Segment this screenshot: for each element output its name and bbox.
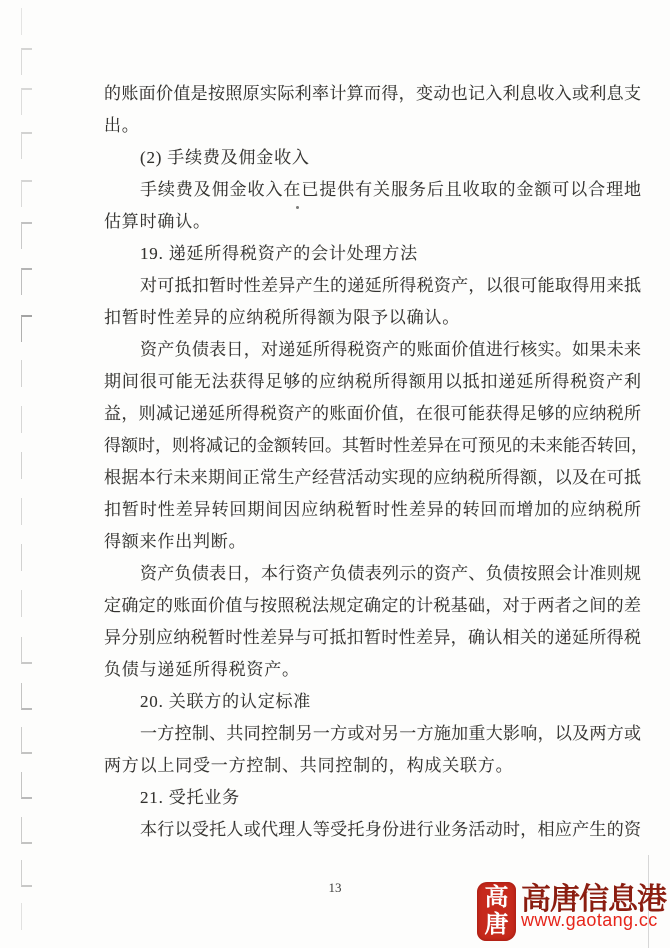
watermark: 高 唐 高唐信息港 www.gaotang.cc — [477, 882, 666, 941]
binding-mark — [21, 268, 32, 295]
text-line: 两方以上同受一方控制、共同控制的，构成关联方。 — [104, 750, 641, 782]
binding-mark — [21, 8, 32, 35]
text-line: 期间很可能无法获得足够的应纳税所得额用以抵扣递延所得税资产利 — [104, 366, 641, 398]
binding-mark — [21, 48, 32, 75]
text-line: 对可抵扣暂时性差异产生的递延所得税资产，以很可能取得用来抵 — [104, 270, 641, 302]
seal-char-top: 高 — [485, 885, 509, 912]
text-line: 得额时，则将减记的金额转回。其暂时性差异在可预见的未来能否转回， — [104, 430, 641, 462]
binding-mark — [21, 360, 32, 387]
scan-speck — [296, 206, 299, 209]
text-line: 手续费及佣金收入在已提供有关服务后且收取的金额可以合理地 — [104, 174, 641, 206]
text-line: (2) 手续费及佣金收入 — [104, 142, 641, 174]
text-line: 资产负债表日，对递延所得税资产的账面价值进行核实。如果未来 — [104, 334, 641, 366]
text-line: 21. 受托业务 — [104, 782, 641, 814]
text-line: 根据本行未来期间正常生产经营活动实现的应纳税所得额，以及在可抵 — [104, 462, 641, 494]
text-line: 20. 关联方的认定标准 — [104, 686, 641, 718]
text-line: 的账面价值是按照原实际利率计算而得，变动也记入利息收入或利息支 — [104, 78, 641, 110]
text-line: 益，则减记递延所得税资产的账面价值，在很可能获得足够的应纳税所 — [104, 398, 641, 430]
binding-mark — [21, 222, 32, 249]
text-line: 负债与递延所得税资产。 — [104, 654, 641, 686]
text-block: 的账面价值是按照原实际利率计算而得，变动也记入利息收入或利息支出。(2) 手续费… — [104, 78, 641, 846]
binding-mark — [21, 772, 32, 799]
text-line: 资产负债表日，本行资产负债表列示的资产、负债按照会计准则规 — [104, 558, 641, 590]
text-line: 异分别应纳税暂时性差异与可抵扣暂时性差异，确认相关的递延所得税 — [104, 622, 641, 654]
text-line: 一方控制、共同控制另一方或对另一方施加重大影响，以及两方或 — [104, 718, 641, 750]
binding-mark — [21, 903, 32, 930]
binding-mark — [21, 683, 32, 710]
binding-mark — [21, 406, 32, 433]
gaotang-seal-icon: 高 唐 — [477, 882, 516, 941]
watermark-text: 高唐信息港 www.gaotang.cc — [521, 882, 666, 929]
text-line: 扣暂时性差异转回期间因应纳税暂时性差异的转回而增加的应纳税所 — [104, 494, 641, 526]
scanned-document-page: 的账面价值是按照原实际利率计算而得，变动也记入利息收入或利息支出。(2) 手续费… — [0, 0, 670, 948]
binding-mark — [21, 590, 32, 617]
text-line: 出。 — [104, 110, 641, 142]
binding-mark — [21, 817, 32, 844]
text-line: 定确定的账面价值与按照税法规定确定的计税基础，对于两者之间的差 — [104, 590, 641, 622]
binding-mark — [21, 544, 32, 571]
watermark-site-url: www.gaotang.cc — [521, 911, 666, 929]
seal-char-bottom: 唐 — [485, 912, 509, 939]
binding-mark — [21, 88, 32, 115]
binding-mark — [21, 860, 32, 887]
binding-mark — [21, 315, 32, 342]
text-line: 本行以受托人或代理人等受托身份进行业务活动时，相应产生的资 — [104, 814, 641, 846]
text-line: 得额来作出判断。 — [104, 526, 641, 558]
binding-mark — [21, 452, 32, 479]
text-line: 19. 递延所得税资产的会计处理方法 — [104, 238, 641, 270]
binding-mark — [21, 727, 32, 754]
text-line: 估算时确认。 — [104, 206, 641, 238]
text-line: 扣暂时性差异的应纳税所得额为限予以确认。 — [104, 302, 641, 334]
binding-mark — [21, 180, 32, 207]
binding-mark — [21, 132, 32, 159]
binding-mark — [21, 498, 32, 525]
binding-mark — [21, 637, 32, 664]
